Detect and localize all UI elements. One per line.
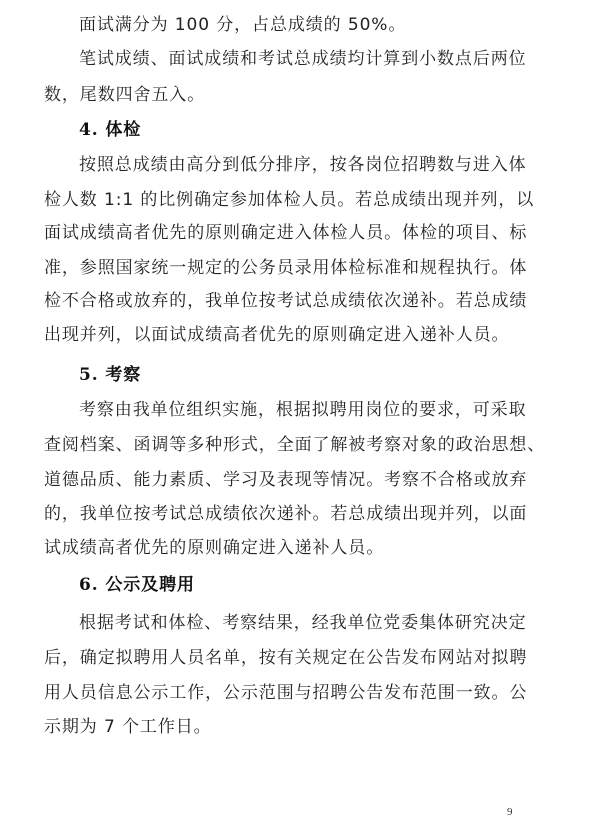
paragraph-line: 面试满分为 100 分，占总成绩的 50%。 bbox=[79, 14, 406, 36]
paragraph-line: 数，尾数四舍五入。 bbox=[44, 84, 205, 106]
document-page: 面试满分为 100 分，占总成绩的 50%。 笔试成绩、面试成绩和考试总成绩均计… bbox=[0, 0, 600, 838]
paragraph-line: 检人数 1:1 的比例确定参加体检人员。若总成绩出现并列，以 bbox=[44, 189, 534, 211]
paragraph-line: 考察由我单位组织实施，根据拟聘用岗位的要求，可采取 bbox=[79, 399, 527, 421]
paragraph-line: 准，参照国家统一规定的公务员录用体检标准和规程执行。体 bbox=[44, 257, 527, 279]
paragraph-line: 道德品质、能力素质、学习及表现等情况。考察不合格或放弃 bbox=[44, 469, 527, 491]
paragraph-line: 用人员信息公示工作，公示范围与招聘公告发布范围一致。公 bbox=[44, 682, 527, 704]
page-number: 9 bbox=[507, 806, 513, 818]
section-heading-inspection: 5. 考察 bbox=[79, 364, 141, 386]
paragraph-line: 根据考试和体检、考察结果，经我单位党委集体研究决定 bbox=[79, 612, 527, 634]
paragraph-line: 试成绩高者优先的原则确定进入递补人员。 bbox=[44, 537, 384, 559]
section-heading-physical-exam: 4. 体检 bbox=[79, 119, 141, 141]
paragraph-line: 示期为 7 个工作日。 bbox=[44, 716, 212, 738]
paragraph-line: 笔试成绩、面试成绩和考试总成绩均计算到小数点后两位 bbox=[79, 48, 527, 70]
paragraph-line: 按照总成绩由高分到低分排序，按各岗位招聘数与进入体 bbox=[79, 154, 527, 176]
paragraph-line: 后，确定拟聘用人员名单，按有关规定在公告发布网站对拟聘 bbox=[44, 647, 527, 669]
paragraph-line: 检不合格或放弃的，我单位按考试总成绩依次递补。若总成绩 bbox=[44, 290, 527, 312]
section-heading-publicity-and-hiring: 6. 公示及聘用 bbox=[79, 574, 195, 596]
paragraph-line: 查阅档案、函调等多种形式，全面了解被考察对象的政治思想、 bbox=[44, 434, 545, 456]
paragraph-line: 出现并列，以面试成绩高者优先的原则确定进入递补人员。 bbox=[44, 324, 509, 346]
paragraph-line: 面试成绩高者优先的原则确定进入体检人员。体检的项目、标 bbox=[44, 222, 527, 244]
paragraph-line: 的，我单位按考试总成绩依次递补。若总成绩出现并列，以面 bbox=[44, 503, 527, 525]
